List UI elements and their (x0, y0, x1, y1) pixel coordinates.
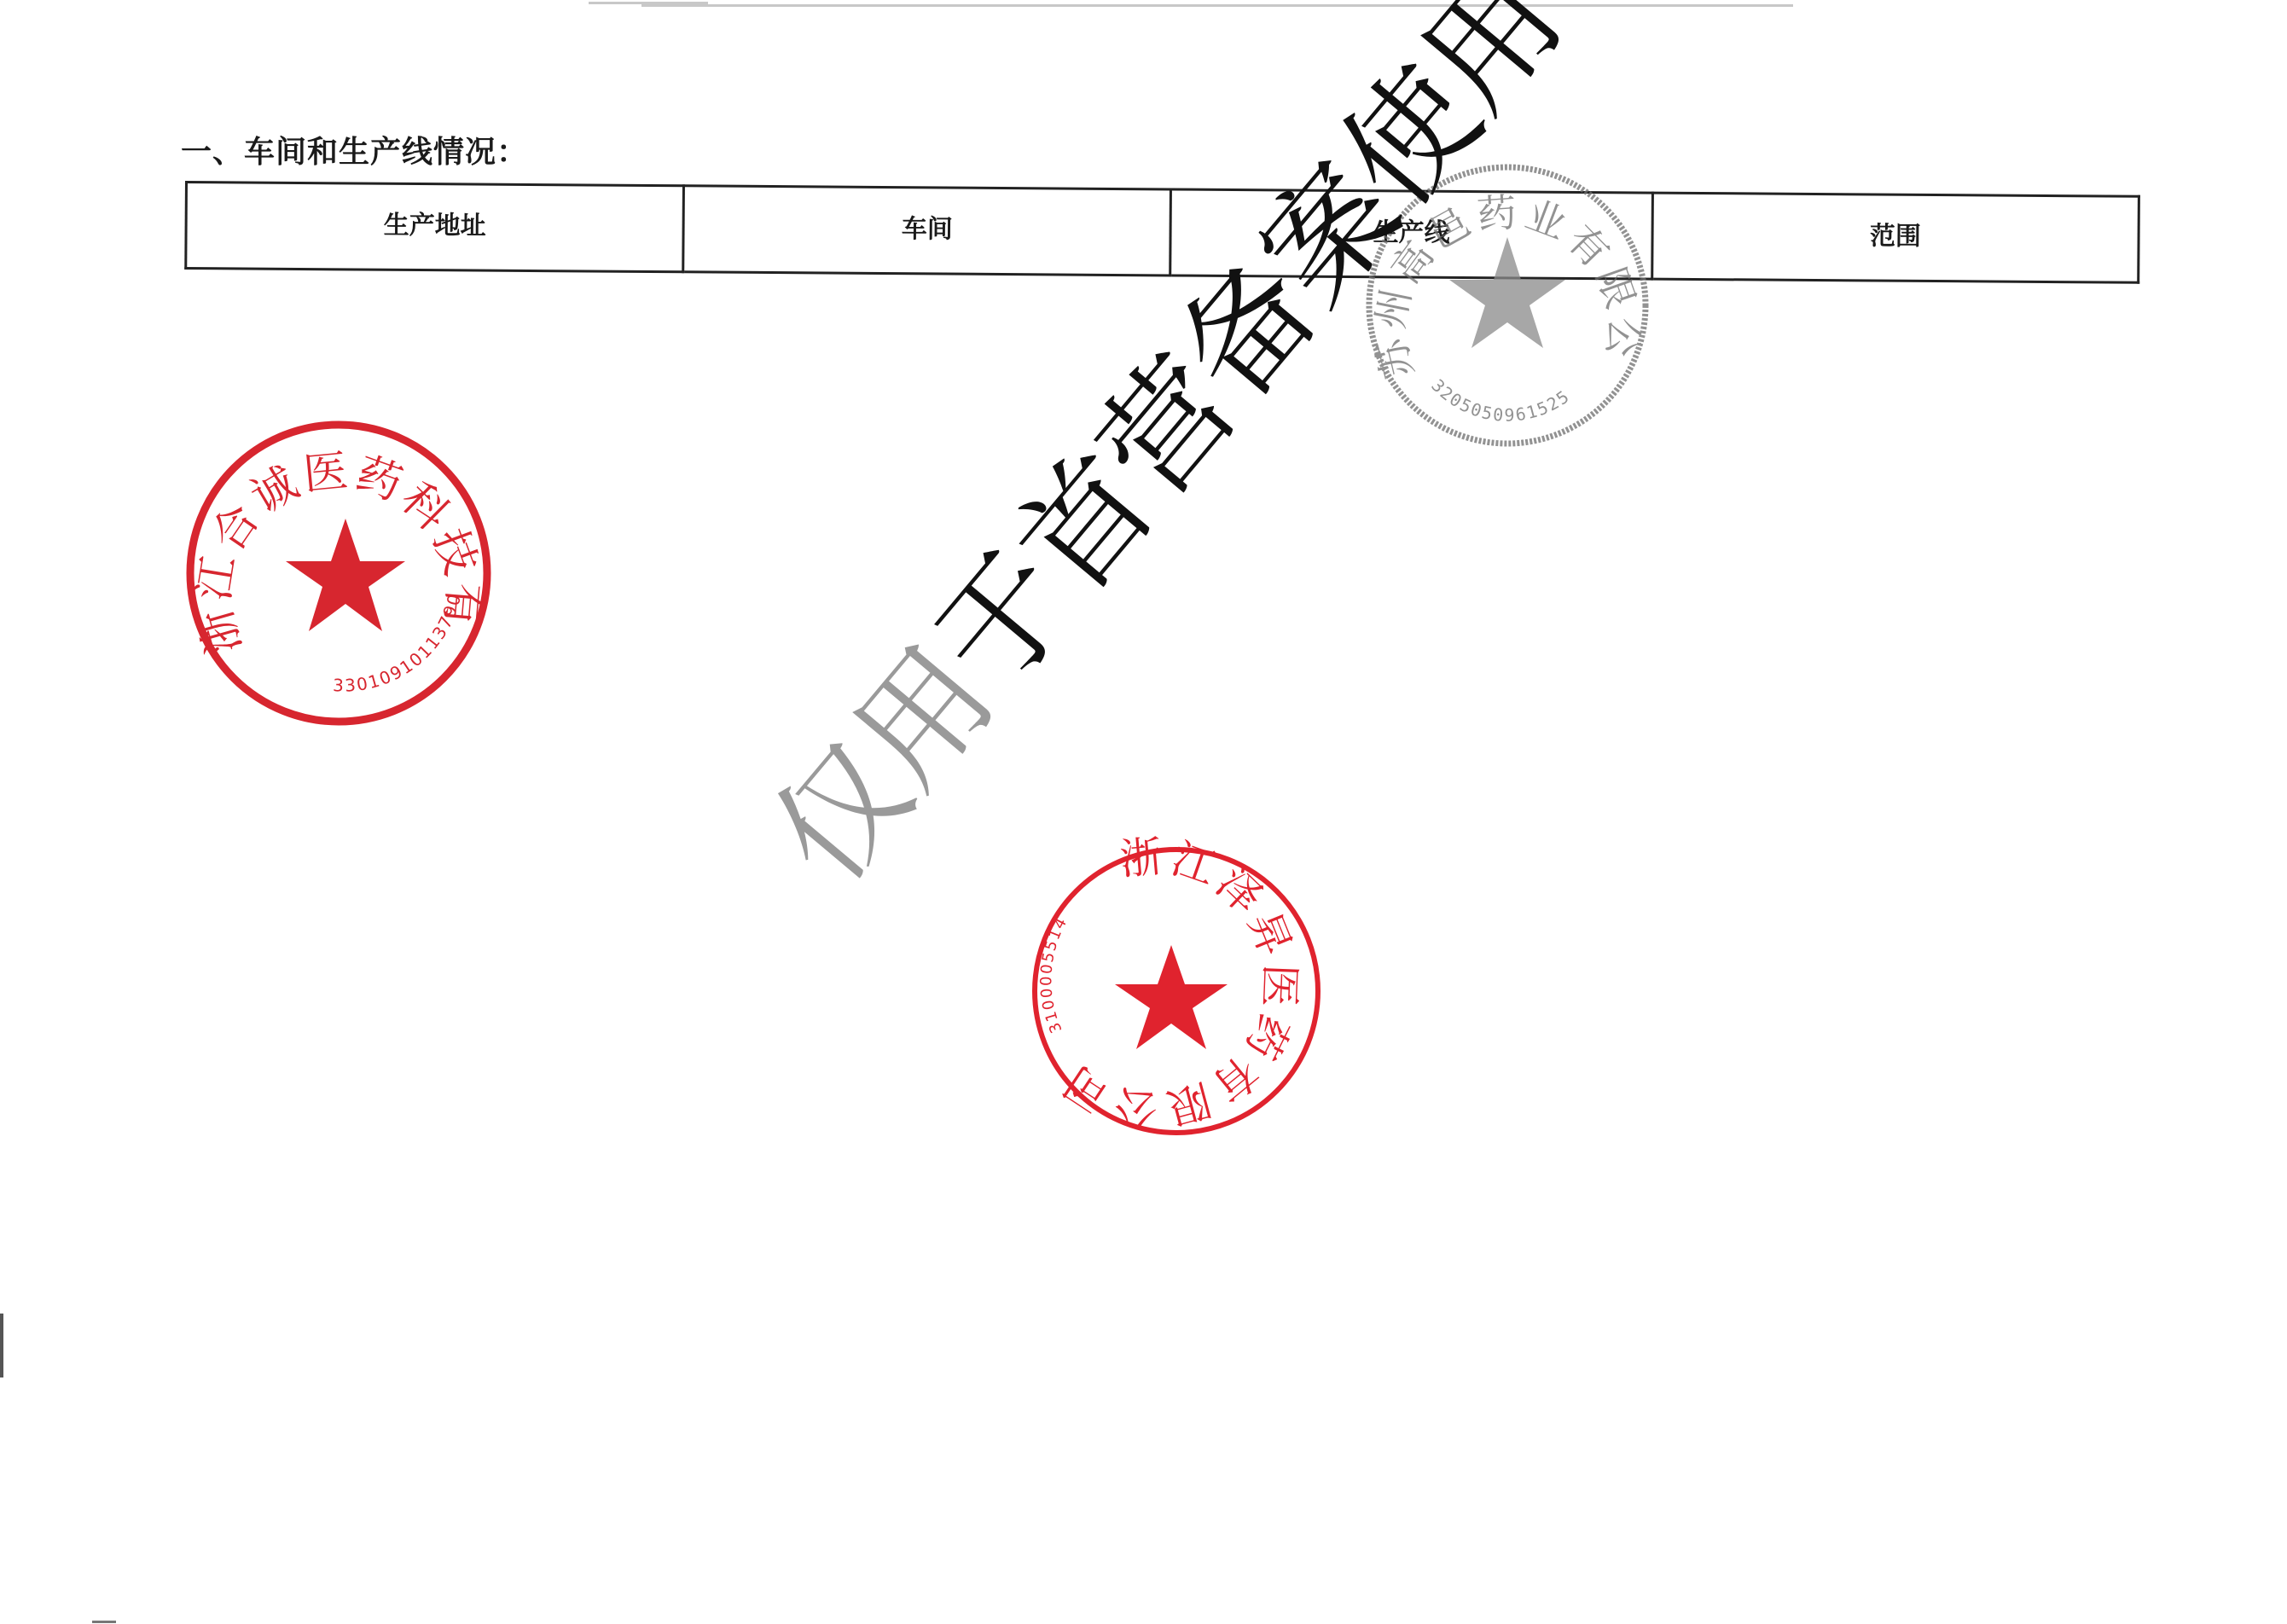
star-icon (286, 519, 405, 631)
header-scope: 范围 (1651, 193, 2139, 282)
section-title: 一、车间和生产线情况： (181, 128, 528, 171)
header-workshop: 车间 (683, 186, 1171, 275)
svg-text:3205050961525: 3205050961525 (1427, 375, 1574, 426)
star-icon (1449, 237, 1565, 348)
seal-gray-number: 3205050961525 (1427, 375, 1574, 426)
scan-margin-mark (0, 1314, 3, 1377)
filing-use-watermark: 仅用于首营备案使用 (723, 0, 1594, 914)
header-production-address: 生产地址 (186, 183, 684, 272)
seal-red-2-number: 3100005514 (1037, 913, 1071, 1035)
company-seal-red-1: 浙江合诚医药科技有限公司 33010910113790 (183, 418, 495, 729)
scan-bottom-mark (92, 1621, 116, 1623)
svg-text:3100005514: 3100005514 (1037, 913, 1071, 1035)
seal-red-1-graphic: 浙江合诚医药科技有限公司 33010910113790 (183, 418, 495, 729)
seal-red-2-graphic: 浙江泽昇医药有限公司 3100005514 (1028, 843, 1325, 1140)
workshop-production-line-table: 生产地址 车间 生产线 范围 (184, 181, 2140, 284)
table-header-row: 生产地址 车间 生产线 范围 (186, 183, 2139, 283)
star-icon (1115, 945, 1228, 1049)
scan-edge-right (641, 4, 1793, 7)
company-seal-red-2: 浙江泽昇医药有限公司 3100005514 (1028, 843, 1325, 1140)
